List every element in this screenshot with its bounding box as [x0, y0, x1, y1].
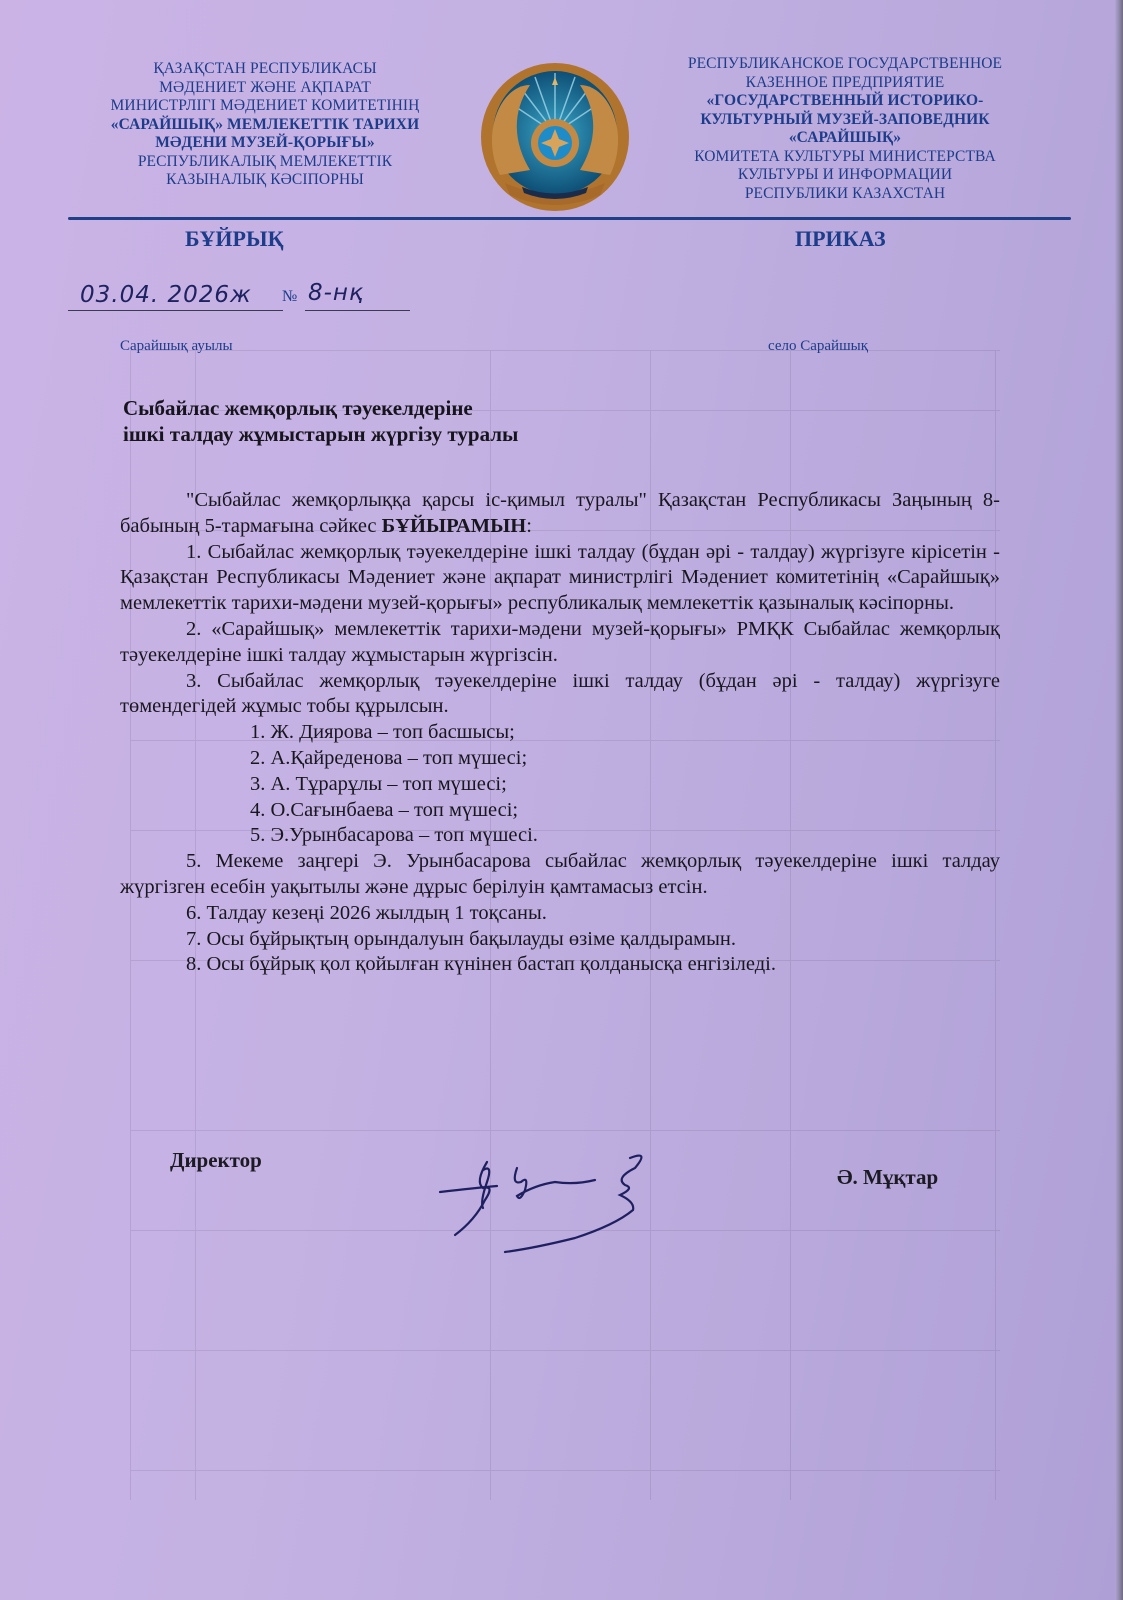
number-underline [305, 310, 410, 311]
left-line: РЕСПУБЛИКАЛЫҚ МЕМЛЕКЕТТІК [70, 153, 460, 172]
org-name-ru: РЕСПУБЛИКАНСКОЕ ГОСУДАРСТВЕННОЕКАЗЕННОЕ … [650, 55, 1040, 203]
right-line: «ГОСУДАРСТВЕННЫЙ ИСТОРИКО- [650, 92, 1040, 111]
page-edge [1115, 0, 1123, 1600]
header-divider [68, 217, 1071, 220]
org-name-kz: ҚАЗАҚСТАН РЕСПУБЛИКАСЫМӘДЕНИЕТ ЖӘНЕ АҚПА… [70, 60, 460, 190]
working-group-member: 1. Ж. Диярова – топ басшысы; [250, 720, 1000, 746]
date-underline [68, 310, 283, 311]
order-item-3: 3. Сыбайлас жемқорлық тәуекелдеріне ішкі… [120, 669, 1000, 721]
preamble: "Сыбайлас жемқорлыққа қарсы іс-қимыл тур… [120, 488, 1000, 540]
right-line: КОМИТЕТА КУЛЬТУРЫ МИНИСТЕРСТВА [650, 148, 1040, 167]
left-line: МӘДЕНИ МУЗЕЙ-ҚОРЫҒЫ» [70, 134, 460, 153]
document-title-ru: ПРИКАЗ [795, 226, 886, 252]
place-kz: Сарайшық ауылы [120, 338, 233, 355]
working-group-member: 5. Э.Урынбасарова – топ мүшесі. [250, 823, 1000, 849]
signatory-name: Ә. Мұқтар [837, 1165, 938, 1190]
handwritten-signature-icon [425, 1130, 675, 1260]
right-line: КУЛЬТУРЫ И ИНФОРМАЦИИ [650, 166, 1040, 185]
order-subject: Сыбайлас жемқорлық тәуекелдеріне ішкі та… [123, 395, 518, 447]
kazakhstan-state-emblem-icon [470, 55, 640, 220]
order-date-number-line: 03.04. 2026ж № 8-нқ [68, 280, 410, 310]
order-date: 03.04. 2026ж [80, 282, 252, 308]
order-verb: БҰЙЫРАМЫН [382, 515, 527, 537]
left-line: КАЗЫНАЛЫҚ КӘСІПОРНЫ [70, 171, 460, 190]
working-group-list: 1. Ж. Диярова – топ басшысы; 2. А.Қайред… [120, 720, 1000, 849]
left-line: МӘДЕНИЕТ ЖӘНЕ АҚПАРАТ [70, 79, 460, 98]
right-line: РЕСПУБЛИКАНСКОЕ ГОСУДАРСТВЕННОЕ [650, 55, 1040, 74]
working-group-member: 3. А. Тұрарұлы – топ мүшесі; [250, 772, 1000, 798]
document-title-kz: БҰЙРЫҚ [185, 226, 284, 252]
signatory-title: Директор [170, 1148, 262, 1173]
order-item-7: 7. Осы бұйрықтың орындалуын бақылауды өз… [120, 927, 1000, 953]
left-line: «САРАЙШЫҚ» МЕМЛЕКЕТТІК ТАРИХИ [70, 116, 460, 135]
right-line: КУЛЬТУРНЫЙ МУЗЕЙ-ЗАПОВЕДНИК [650, 111, 1040, 130]
order-number: 8-нқ [308, 280, 364, 306]
right-line: «САРАЙШЫҚ» [650, 129, 1040, 148]
number-sign: № [282, 288, 297, 306]
order-item-5: 5. Мекеме заңгері Э. Урынбасарова сыбайл… [120, 849, 1000, 901]
left-line: ҚАЗАҚСТАН РЕСПУБЛИКАСЫ [70, 60, 460, 79]
right-line: РЕСПУБЛИКИ КАЗАХСТАН [650, 185, 1040, 204]
left-line: МИНИСТРЛІГІ МӘДЕНИЕТ КОМИТЕТІНІҢ [70, 97, 460, 116]
order-item-2: 2. «Сарайшық» мемлекеттік тарихи-мәдени … [120, 617, 1000, 669]
working-group-member: 2. А.Қайреденова – топ мүшесі; [250, 746, 1000, 772]
preamble-text: "Сыбайлас жемқорлыққа қарсы іс-қимыл тур… [120, 489, 1000, 537]
order-body: "Сыбайлас жемқорлыққа қарсы іс-қимыл тур… [120, 488, 1000, 978]
order-item-1: 1. Сыбайлас жемқорлық тәуекелдеріне ішкі… [120, 540, 1000, 617]
place-ru: село Сарайшық [768, 338, 868, 355]
order-item-6: 6. Талдау кезеңі 2026 жылдың 1 тоқсаны. [120, 901, 1000, 927]
subject-line-2: ішкі талдау жұмыстарын жүргізу туралы [123, 421, 518, 447]
subject-line-1: Сыбайлас жемқорлық тәуекелдеріне [123, 395, 518, 421]
preamble-end: : [526, 515, 532, 537]
right-line: КАЗЕННОЕ ПРЕДПРИЯТИЕ [650, 74, 1040, 93]
working-group-member: 4. О.Сағынбаева – топ мүшесі; [250, 798, 1000, 824]
order-item-8: 8. Осы бұйрық қол қойылған күнінен баста… [120, 952, 1000, 978]
